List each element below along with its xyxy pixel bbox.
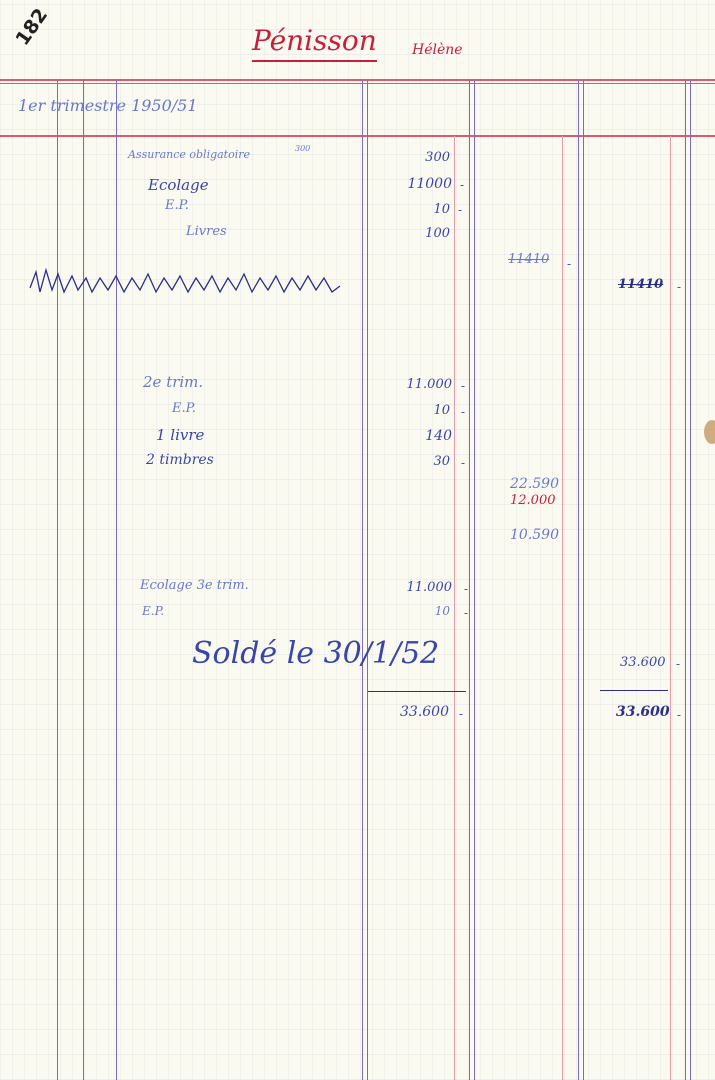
entry-label: 1 livre [156, 426, 204, 444]
column-rule-amount [469, 80, 475, 1080]
entry-dash: - [677, 708, 681, 722]
entry-amount: 30 [390, 454, 450, 469]
entry-amount: 11.000 [385, 580, 452, 595]
column-rule-amount [578, 80, 584, 1080]
cents-rule [562, 136, 563, 1080]
entry-label: Ecolage [148, 176, 209, 194]
entry-label: E.P. [165, 198, 189, 213]
header-rule-bottom [0, 135, 715, 137]
paper-stain [704, 420, 715, 444]
column-rule [57, 80, 58, 1080]
total-credit: 33.600 [616, 704, 670, 720]
entry-dash: - [461, 405, 465, 419]
entry-note: 300 [295, 144, 310, 153]
subtotal-net: 10.590 [510, 527, 559, 543]
total-rule [600, 690, 668, 691]
struck-out-value: 11410 [508, 252, 549, 267]
column-rule [83, 80, 84, 1080]
entry-label: 2 timbres [146, 452, 214, 468]
entry-amount: 140 [390, 428, 452, 444]
entry-dash: - [460, 178, 464, 192]
entry-dash: - [677, 280, 681, 294]
cents-rule [454, 136, 455, 1080]
entry-dash: - [676, 657, 680, 671]
entry-dash: - [567, 257, 571, 271]
entry-amount: 10 [390, 604, 450, 618]
entry-label: Ecolage 3e trim. [140, 578, 249, 593]
total-debit: 33.600 [400, 704, 449, 720]
struck-out-value: 11410 [618, 277, 663, 292]
header-rule-top-2 [0, 83, 715, 84]
column-rule [116, 80, 117, 1080]
entry-label: E.P. [172, 401, 196, 416]
entry-label: E.P. [142, 604, 164, 618]
column-rule-amount [685, 80, 691, 1080]
subtotal-deduction: 12.000 [510, 493, 556, 508]
cents-rule [670, 136, 671, 1080]
entry-label: Livres [186, 224, 227, 239]
first-name: Hélène [412, 42, 463, 58]
period-label: 1er trimestre 1950/51 [18, 96, 198, 115]
entry-label: Assurance obligatoire [128, 148, 250, 161]
surname: Pénisson [252, 22, 377, 62]
entry-dash: - [461, 456, 465, 470]
entry-dash: - [464, 582, 468, 596]
entry-amount: 100 [390, 226, 450, 241]
entry-amount: 10 [390, 403, 450, 418]
subtotal-gross: 22.590 [510, 476, 559, 492]
entry-amount: 11000 [390, 176, 452, 192]
entry-label: 2e trim. [143, 373, 203, 391]
settlement-text: Soldé le 30/1/52 [192, 636, 439, 671]
entry-amount: 11.000 [385, 377, 452, 392]
entry-amount: 10 [390, 202, 450, 217]
entry-amount: 300 [390, 150, 450, 165]
entry-dash: - [459, 707, 463, 721]
header-rule-top [0, 79, 715, 81]
struck-out-line [28, 266, 343, 300]
entry-dash: - [461, 379, 465, 393]
entry-dash: - [458, 203, 462, 217]
total-rule [368, 691, 466, 692]
ledger-grid [0, 0, 715, 1080]
column-rule-amount [362, 80, 368, 1080]
entry-dash: - [464, 606, 468, 620]
settlement-payment: 33.600 [620, 655, 666, 670]
